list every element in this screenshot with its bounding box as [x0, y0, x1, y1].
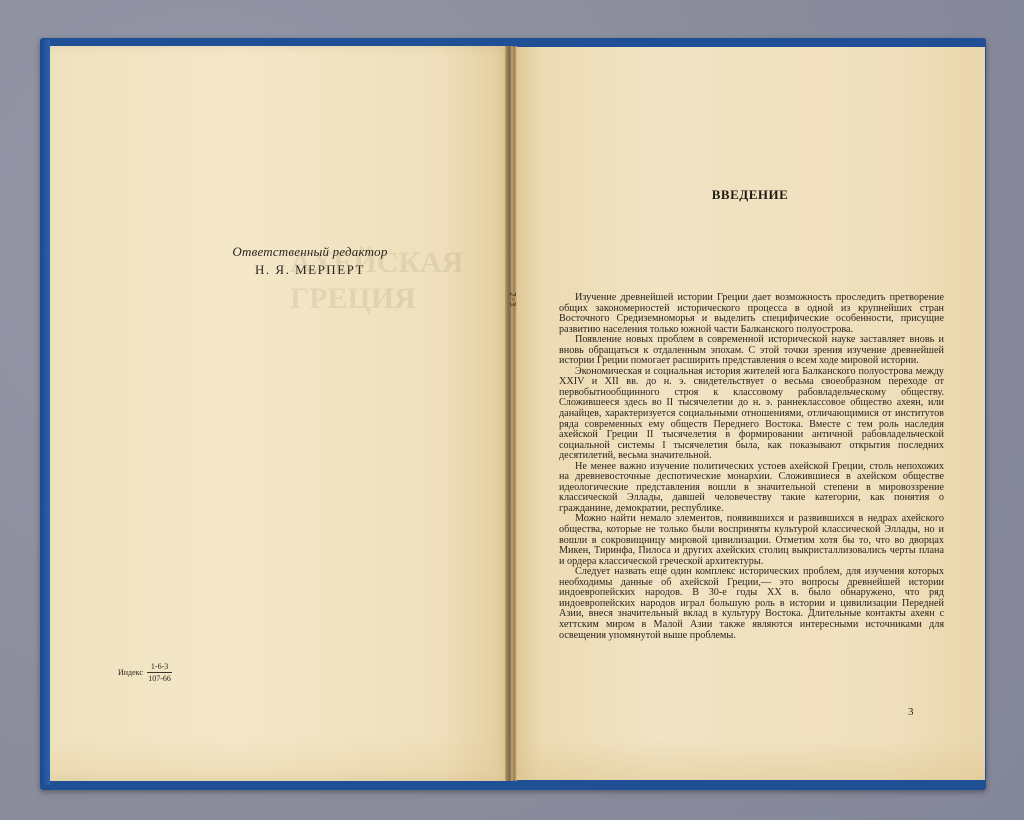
index-denominator: 107-66: [148, 673, 171, 683]
book-gutter: [505, 46, 517, 781]
editor-name: Н. Я. МЕРПЕРТ: [180, 262, 440, 278]
editor-label: Ответственный редактор: [180, 244, 440, 260]
introduction-body: Изучение древнейшей истории Греции дает …: [559, 293, 944, 641]
page-number: 3: [908, 706, 914, 718]
paragraph: Изучение древнейшей истории Греции дает …: [559, 293, 944, 335]
paragraph: Появление новых проблем в современной ис…: [559, 335, 944, 367]
chapter-heading: ВВЕДЕНИЕ: [540, 187, 960, 203]
paragraph: Следует назвать еще один комплекс истори…: [559, 567, 944, 641]
cover-edge: [40, 40, 50, 785]
index-fraction: 1-6-3 107-66: [147, 662, 172, 683]
paragraph: Экономическая и социальная история жител…: [559, 367, 944, 462]
paragraph: Можно найти немало элементов, появившихс…: [559, 514, 944, 567]
gutter-mark: 2-3: [508, 292, 517, 306]
paragraph: Не менее важно изучение политических уст…: [559, 462, 944, 515]
index-label: Индекс: [118, 668, 143, 677]
index-numerator: 1-6-3: [147, 662, 172, 673]
publication-index: Индекс 1-6-3 107-66: [118, 662, 172, 683]
